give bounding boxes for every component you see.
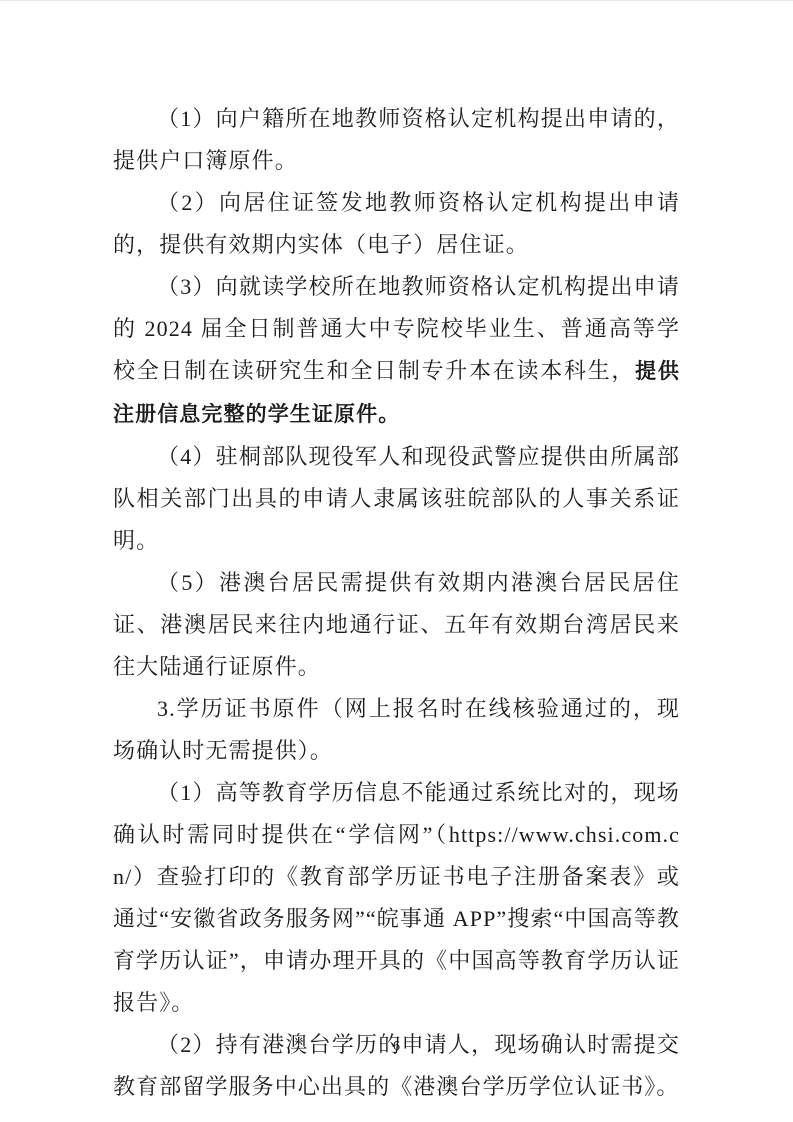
paragraph: （5）港澳台居民需提供有效期内港澳台居民居住证、港澳居民来往内地通行证、五年有效…	[113, 562, 680, 688]
paragraph: （1）向户籍所在地教师资格认定机构提出申请的，提供户口簿原件。	[113, 98, 680, 182]
page-footer: 6	[0, 1037, 793, 1055]
text-run: （2）向居住证签发地教师资格认定机构提出申请的，提供有效期内实体（电子）居住证。	[113, 190, 680, 257]
paragraph: （2）向居住证签发地教师资格认定机构提出申请的，提供有效期内实体（电子）居住证。	[113, 182, 680, 266]
paragraph: （3）向就读学校所在地教师资格认定机构提出申请的 2024 届全日制普通大中专院…	[113, 266, 680, 436]
text-run: （5）港澳台居民需提供有效期内港澳台居民居住证、港澳居民来往内地通行证、五年有效…	[113, 570, 680, 679]
text-run: （3）向就读学校所在地教师资格认定机构提出申请的 2024 届全日制普通大中专院…	[113, 274, 680, 383]
text-run: 3.学历证书原件（网上报名时在线核验通过的，现场确认时无需提供）。	[113, 696, 680, 763]
document-body: （1）向户籍所在地教师资格认定机构提出申请的，提供户口簿原件。（2）向居住证签发…	[113, 98, 680, 1108]
paragraph: （4）驻桐部队现役军人和现役武警应提供由所属部队相关部门出具的申请人隶属该驻皖部…	[113, 436, 680, 562]
paragraph: 3.学历证书原件（网上报名时在线核验通过的，现场确认时无需提供）。	[113, 688, 680, 772]
text-run: （1）高等教育学历信息不能通过系统比对的，现场确认时需同时提供在“学信网”（ht…	[113, 780, 680, 1015]
text-run: （1）向户籍所在地教师资格认定机构提出申请的，提供户口簿原件。	[113, 106, 680, 173]
document-page: （1）向户籍所在地教师资格认定机构提出申请的，提供户口簿原件。（2）向居住证签发…	[0, 0, 793, 1122]
page-number: 6	[393, 1039, 400, 1054]
paragraph: （1）高等教育学历信息不能通过系统比对的，现场确认时需同时提供在“学信网”（ht…	[113, 772, 680, 1024]
text-run: （4）驻桐部队现役军人和现役武警应提供由所属部队相关部门出具的申请人隶属该驻皖部…	[113, 444, 680, 553]
